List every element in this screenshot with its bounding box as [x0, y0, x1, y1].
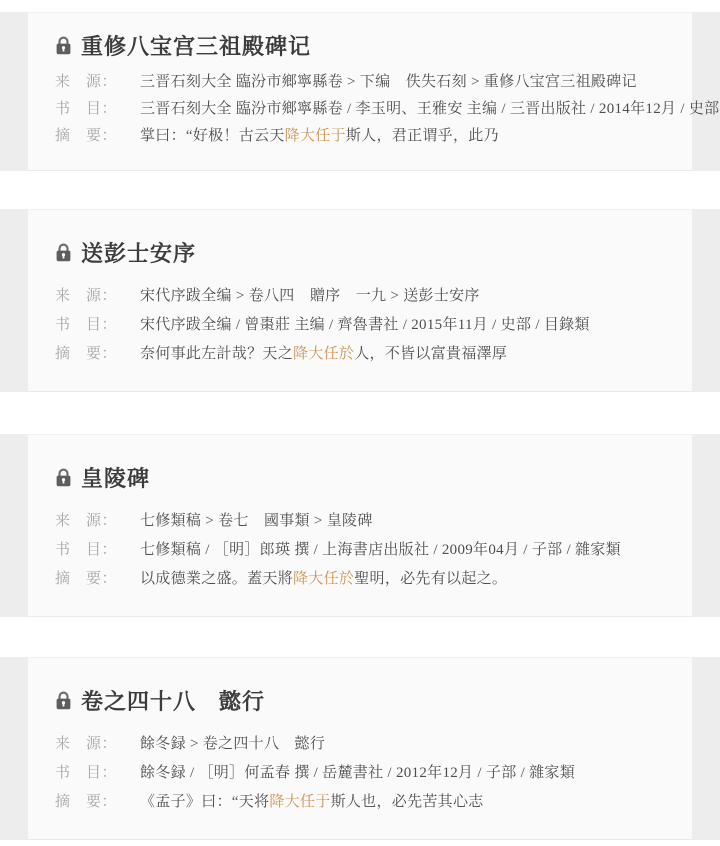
- source-row: 来 源： 餘冬録 > 卷之四十八 懿行: [55, 730, 662, 759]
- abstract-text: 掌曰：“好极！古云天降大任于斯人，君正谓乎，此乃: [140, 123, 499, 150]
- source-label: 来 源：: [55, 730, 140, 759]
- source-label: 来 源：: [55, 282, 140, 311]
- book-info: 宋代序跋全编 / 曾棗莊 主编 / 齊魯書社 / 2015年11月 / 史部 /…: [140, 311, 590, 340]
- book-label: 书 目：: [55, 96, 140, 123]
- book-row: 书 目： 宋代序跋全编 / 曾棗莊 主编 / 齊魯書社 / 2015年11月 /…: [55, 311, 662, 340]
- abstract-text: 以成德業之盛。蓋天將降大任於聖明，必先有以起之。: [140, 565, 507, 594]
- source-breadcrumb[interactable]: 七修類稿 > 卷七 國事類 > 皇陵碑: [140, 507, 373, 536]
- result-band: 卷之四十八 懿行 来 源： 餘冬録 > 卷之四十八 懿行 书 目： 餘冬録 / …: [0, 657, 720, 840]
- abstract-label: 摘 要：: [55, 123, 140, 150]
- lock-icon: [55, 242, 72, 262]
- abstract-after: 斯人，君正谓乎，此乃: [346, 128, 499, 144]
- result-title-row: 送彭士安序: [55, 236, 662, 268]
- abstract-row: 摘 要： 《孟子》曰：“天将降大任于斯人也，必先苦其心志: [55, 788, 662, 817]
- search-results-list: 重修八宝宫三祖殿碑记 来 源： 三晋石刻大全 臨汾市鄉寧縣卷 > 下编 佚失石刻…: [0, 0, 720, 846]
- result-band: 送彭士安序 来 源： 宋代序跋全编 > 卷八四 贈序 一九 > 送彭士安序 书 …: [0, 209, 720, 392]
- result-band: 重修八宝宫三祖殿碑记 来 源： 三晋石刻大全 臨汾市鄉寧縣卷 > 下编 佚失石刻…: [0, 12, 720, 171]
- source-label: 来 源：: [55, 507, 140, 536]
- abstract-after: 聖明，必先有以起之。: [354, 571, 507, 587]
- source-row: 来 源： 七修類稿 > 卷七 國事類 > 皇陵碑: [55, 507, 662, 536]
- source-breadcrumb[interactable]: 三晋石刻大全 臨汾市鄉寧縣卷 > 下编 佚失石刻 > 重修八宝宫三祖殿碑记: [140, 69, 637, 96]
- card-gap: [0, 617, 720, 657]
- abstract-text: 奈何事此左計哉？天之降大任於人，不皆以富貴福澤厚: [140, 340, 507, 369]
- source-label: 来 源：: [55, 69, 140, 96]
- book-label: 书 目：: [55, 536, 140, 565]
- abstract-before: 掌曰：“好极！古云天: [140, 128, 285, 144]
- result-title-row: 皇陵碑: [55, 461, 662, 493]
- lock-icon: [55, 467, 72, 487]
- lock-icon: [55, 35, 72, 55]
- source-breadcrumb[interactable]: 餘冬録 > 卷之四十八 懿行: [140, 730, 325, 759]
- result-card: 卷之四十八 懿行 来 源： 餘冬録 > 卷之四十八 懿行 书 目： 餘冬録 / …: [28, 657, 692, 840]
- top-spacer: [0, 0, 720, 12]
- abstract-label: 摘 要：: [55, 565, 140, 594]
- keyword-highlight: 降大任于: [285, 128, 346, 144]
- abstract-after: 斯人也，必先苦其心志: [331, 794, 484, 810]
- book-info: 三晋石刻大全 臨汾市鄉寧縣卷 / 李玉明、王雅安 主编 / 三晋出版社 / 20…: [140, 96, 720, 123]
- source-row: 来 源： 三晋石刻大全 臨汾市鄉寧縣卷 > 下编 佚失石刻 > 重修八宝宫三祖殿…: [55, 69, 662, 96]
- abstract-before: 奈何事此左計哉？天之: [140, 346, 293, 362]
- book-info: 餘冬録 / ［明］何孟春 撰 / 岳麓書社 / 2012年12月 / 子部 / …: [140, 759, 575, 788]
- result-card: 送彭士安序 来 源： 宋代序跋全编 > 卷八四 贈序 一九 > 送彭士安序 书 …: [28, 209, 692, 392]
- book-row: 书 目： 七修類稿 / ［明］郎瑛 撰 / 上海書店出版社 / 2009年04月…: [55, 536, 662, 565]
- result-title[interactable]: 皇陵碑: [81, 462, 150, 493]
- keyword-highlight: 降大任于: [269, 794, 330, 810]
- book-label: 书 目：: [55, 311, 140, 340]
- result-card: 皇陵碑 来 源： 七修類稿 > 卷七 國事類 > 皇陵碑 书 目： 七修類稿 /…: [28, 434, 692, 617]
- lock-icon: [55, 690, 72, 710]
- keyword-highlight: 降大任於: [293, 346, 354, 362]
- abstract-before: 以成德業之盛。蓋天將: [140, 571, 293, 587]
- abstract-row: 摘 要： 以成德業之盛。蓋天將降大任於聖明，必先有以起之。: [55, 565, 662, 594]
- result-band: 皇陵碑 来 源： 七修類稿 > 卷七 國事類 > 皇陵碑 书 目： 七修類稿 /…: [0, 434, 720, 617]
- card-gap: [0, 392, 720, 434]
- result-title-row: 重修八宝宫三祖殿碑记: [55, 29, 662, 61]
- keyword-highlight: 降大任於: [293, 571, 354, 587]
- book-row: 书 目： 餘冬録 / ［明］何孟春 撰 / 岳麓書社 / 2012年12月 / …: [55, 759, 662, 788]
- abstract-row: 摘 要： 奈何事此左計哉？天之降大任於人，不皆以富貴福澤厚: [55, 340, 662, 369]
- result-title[interactable]: 卷之四十八 懿行: [81, 685, 265, 716]
- result-title[interactable]: 送彭士安序: [81, 237, 196, 268]
- card-gap: [0, 171, 720, 209]
- book-row: 书 目： 三晋石刻大全 臨汾市鄉寧縣卷 / 李玉明、王雅安 主编 / 三晋出版社…: [55, 96, 662, 123]
- abstract-row: 摘 要： 掌曰：“好极！古云天降大任于斯人，君正谓乎，此乃: [55, 123, 662, 150]
- result-title[interactable]: 重修八宝宫三祖殿碑记: [81, 30, 311, 61]
- result-title-row: 卷之四十八 懿行: [55, 684, 662, 716]
- result-card: 重修八宝宫三祖殿碑记 来 源： 三晋石刻大全 臨汾市鄉寧縣卷 > 下编 佚失石刻…: [28, 12, 692, 171]
- abstract-label: 摘 要：: [55, 340, 140, 369]
- abstract-before: 《孟子》曰：“天将: [140, 794, 269, 810]
- book-info: 七修類稿 / ［明］郎瑛 撰 / 上海書店出版社 / 2009年04月 / 子部…: [140, 536, 621, 565]
- source-breadcrumb[interactable]: 宋代序跋全编 > 卷八四 贈序 一九 > 送彭士安序: [140, 282, 480, 311]
- abstract-after: 人，不皆以富貴福澤厚: [354, 346, 507, 362]
- abstract-text: 《孟子》曰：“天将降大任于斯人也，必先苦其心志: [140, 788, 484, 817]
- source-row: 来 源： 宋代序跋全编 > 卷八四 贈序 一九 > 送彭士安序: [55, 282, 662, 311]
- book-label: 书 目：: [55, 759, 140, 788]
- abstract-label: 摘 要：: [55, 788, 140, 817]
